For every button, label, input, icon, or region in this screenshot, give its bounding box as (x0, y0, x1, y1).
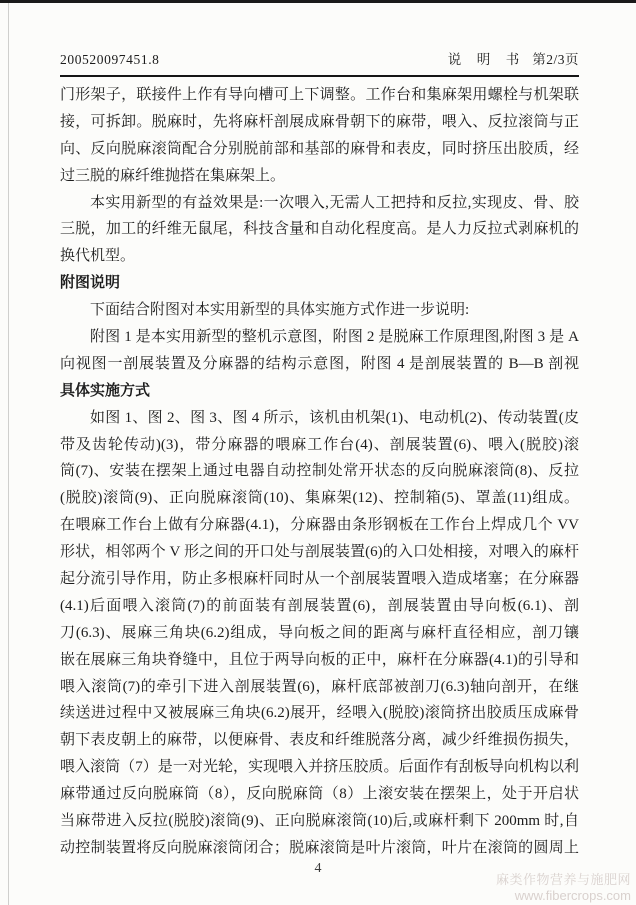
text-line: 门形架子，联接件上作有导向槽可上下调整。工作台和集麻架用螺栓与机架联 (60, 82, 579, 109)
text-line: 朝下表皮朝上的麻带，以便麻骨、表皮和纤维脱落分离，减少纤维损伤损失， (60, 727, 579, 754)
page-header: 200520097451.8 说 明 书 第2/3页 (60, 48, 579, 68)
application-number: 200520097451.8 (60, 52, 160, 68)
text-line: 如图 1、图 2、图 3、图 4 所示，该机由机架(1)、电动机(2)、传动装置… (60, 405, 579, 432)
scan-edge-top (0, 0, 636, 3)
text-line: (4.1)后面喂入滚筒(7)的前面装有剖展装置(6)，剖展装置由导向板(6.1)… (60, 593, 579, 620)
text-line: 形状，相邻两个 V 形之间的开口处与剖展装置(6)的入口处相接，对喂入的麻杆 (60, 539, 579, 566)
watermark: 麻类作物营养与施肥网 www.fibercrops.com (496, 872, 631, 904)
text-line: 附图说明 (60, 270, 579, 297)
text-line: 换代机型。 (60, 243, 579, 270)
document-type-label: 说 明 书 (448, 48, 521, 68)
header-right: 说 明 书 第2/3页 (448, 48, 579, 68)
text-line: 带及齿轮传动)(3)，带分麻器的喂麻工作台(4)、剖展装置(6)、喂入(脱胶)滚 (60, 432, 579, 459)
text-line: (脱胶)滚筒(9)、正向脱麻滚筒(10)、集麻架(12)、控制箱(5)、罩盖(1… (60, 485, 579, 512)
text-line: 具体实施方式 (60, 378, 579, 405)
watermark-url: www.fibercrops.com (496, 888, 631, 904)
body-text: 门形架子，联接件上作有导向槽可上下调整。工作台和集麻架用螺栓与机架联接，可拆卸。… (60, 82, 579, 862)
text-line: 下面结合附图对本实用新型的具体实施方式作进一步说明: (60, 297, 579, 324)
text-line: 喂入滚筒（7）是一对光轮，实现喂入并挤压胶质。后面作有刮板导向机构以利 (60, 754, 579, 781)
scan-edge-left (8, 3, 9, 905)
text-line: 附图 1 是本实用新型的整机示意图，附图 2 是脱麻工作原理图,附图 3 是 A (60, 324, 579, 351)
text-line: 续送进过程中又被展麻三角块(6.2)展开，经喂入(脱胶)滚筒挤出胶质压成麻骨 (60, 700, 579, 727)
text-line: 起分流引导作用，防止多根麻杆同时从一个剖展装置喂入造成堵塞；在分麻器 (60, 566, 579, 593)
page-indicator: 第2/3页 (532, 48, 579, 68)
text-line: 本实用新型的有益效果是:一次喂入,无需人工把持和反拉,实现皮、骨、胶 (60, 190, 579, 217)
text-line: 喂入滚筒(7)的牵引下进入剖展装置(6)，麻杆底部被剖刀(6.3)轴向剖开，在继 (60, 674, 579, 701)
text-line: 麻带通过反向脱麻筒（8），反向脱麻筒（8）上滚安装在摆架上，处于开启状态， (60, 781, 579, 808)
text-line: 刀(6.3)、展麻三角块(6.2)组成，导向板之间的距离与麻杆直径相应，剖刀镶 (60, 620, 579, 647)
text-line: 当麻带进入反拉(脱胶)滚筒(9)、正向脱麻滚筒(10)后,或麻杆剩下 200mm… (60, 808, 579, 835)
text-line: 嵌在展麻三角块脊缝中，且位于两导向板的正中，麻杆在分麻器(4.1)的引导和 (60, 647, 579, 674)
watermark-site-name: 麻类作物营养与施肥网 (496, 872, 631, 888)
text-line: 过三脱的麻纤维抛搭在集麻架上。 (60, 163, 579, 190)
text-line: 三脱，加工的纤维无鼠尾，科技含量和自动化程度高。是人力反拉式剥麻机的 (60, 216, 579, 243)
text-line: 在喂麻工作台上做有分麻器(4.1)，分麻器由条形钢板在工作台上焊成几个 VV (60, 512, 579, 539)
text-line: 向、反向脱麻滚筒配合分别脱前部和基部的麻骨和表皮，同时挤压出胶质，经 (60, 136, 579, 163)
text-line: 向视图一剖展装置及分麻器的结构示意图，附图 4 是剖展装置的 B—B 剖视图。 (60, 351, 579, 378)
text-line: 筒(7)、安装在摆架上通过电器自动控制处常开状态的反向脱麻滚筒(8)、反拉 (60, 458, 579, 485)
header-divider (60, 75, 579, 77)
text-line: 接，可拆卸。脱麻时，先将麻杆剖展成麻骨朝下的麻带，喂入、反拉滚筒与正 (60, 109, 579, 136)
text-line: 动控制装置将反向脱麻滚筒闭合；脱麻滚筒是叶片滚筒，叶片在滚筒的圆周上 (60, 835, 579, 862)
patent-specification-page: 200520097451.8 说 明 书 第2/3页 门形架子，联接件上作有导向… (0, 0, 636, 905)
